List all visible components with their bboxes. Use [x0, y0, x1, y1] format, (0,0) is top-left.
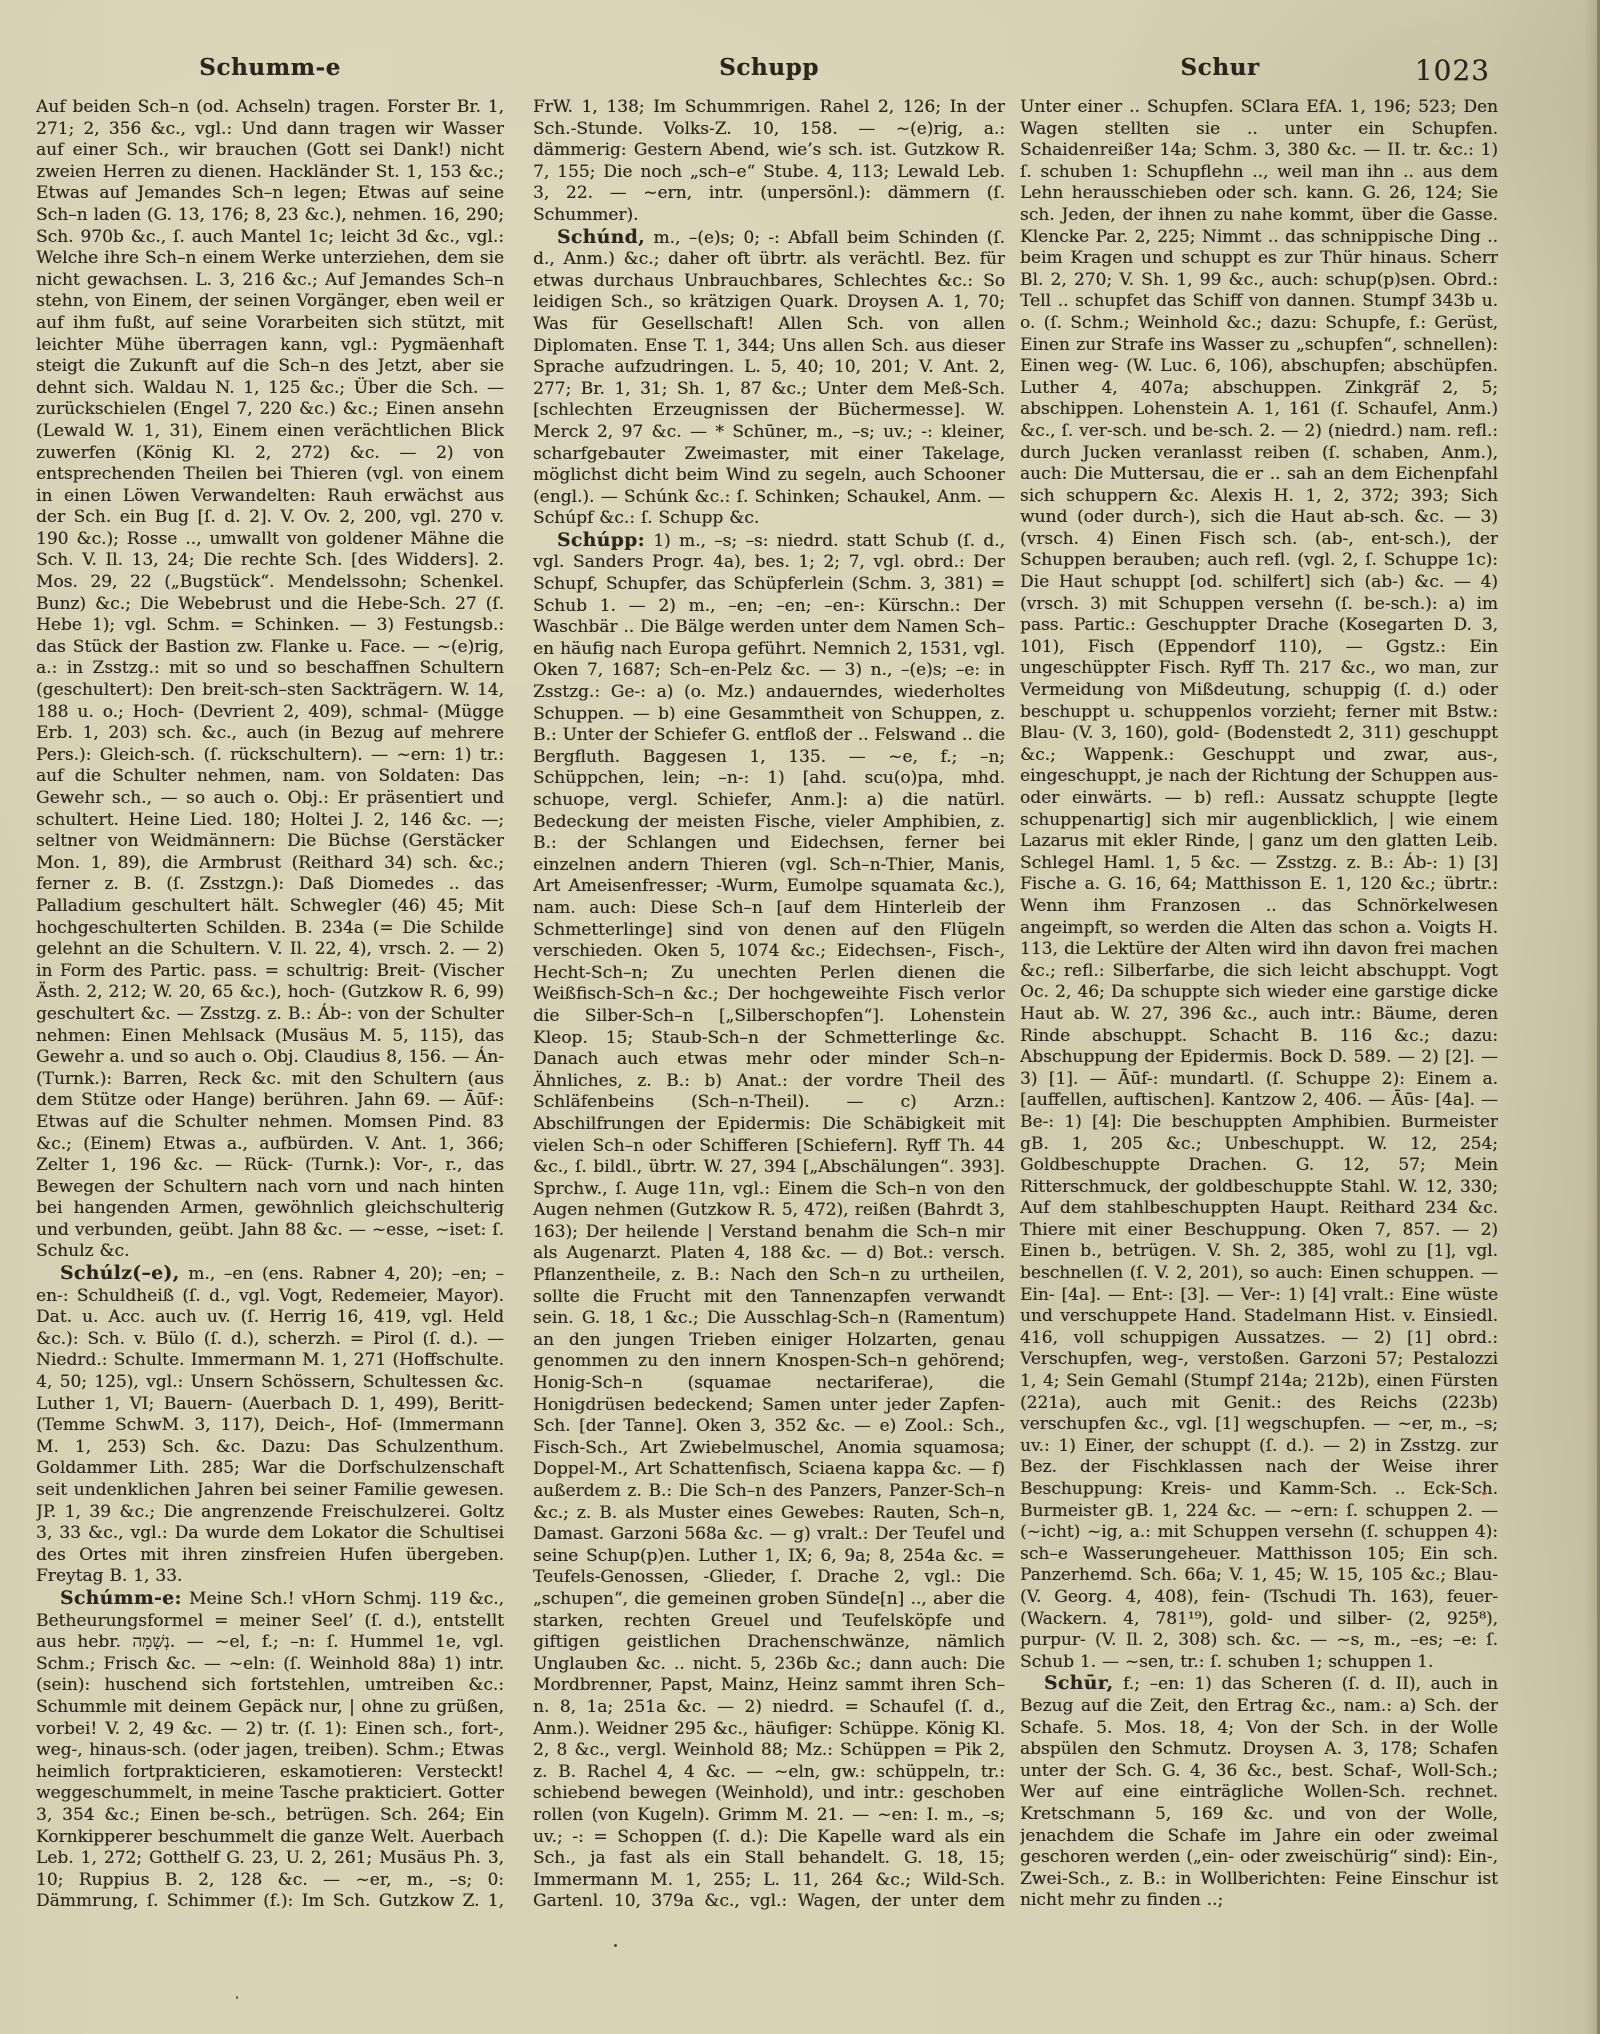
running-head-right-keyword: Schur — [1020, 54, 1420, 81]
entry-headword: Schūr, — [1044, 1672, 1113, 1694]
entry-schulz: Schúlz(–e), m., –en (ens. Rabner 4, 20);… — [36, 1263, 504, 1588]
entry-schupfen-continuation: Unter einer .. Schupfen. SClara EfA. 1, … — [1020, 96, 1498, 1673]
text-column-3: Unter einer .. Schupfen. SClara EfA. 1, … — [1020, 96, 1498, 1914]
entry-headword: Schúpp: — [557, 529, 645, 551]
entry-headword: Schúlz(–e), — [60, 1262, 180, 1284]
entry-text: m., –en (ens. Rabner 4, 20); –en; –en-: … — [36, 1264, 504, 1586]
entry-text: Meine Sch.! vHorn Schmj. 119 &c., Betheu… — [36, 1589, 504, 1914]
entry-schupp: Schúpp: 1) m., –s; –s: niedrd. statt Sch… — [533, 530, 1005, 1914]
page-number: 1023 — [1415, 54, 1490, 87]
running-head-center-keyword: Schupp — [533, 54, 1005, 81]
paper-speck — [236, 1996, 238, 1999]
entry-headword: Schúmm-e: — [60, 1587, 182, 1609]
paper-speck — [1482, 1492, 1486, 1495]
entry-schulter-continuation: Auf beiden Sch–n (od. Achseln) tragen. F… — [36, 96, 504, 1263]
entry-text: Unter einer .. Schupfen. SClara EfA. 1, … — [1020, 97, 1498, 1672]
entry-text: FrW. 1, 138; Im Schummrigen. Rahel 2, 12… — [533, 97, 1005, 225]
running-head-left-keyword: Schumm-e — [36, 54, 504, 81]
entry-schur: Schūr, f.; –en: 1) das Scheren (ſ. d. II… — [1020, 1673, 1498, 1912]
text-column-2: FrW. 1, 138; Im Schummrigen. Rahel 2, 12… — [533, 96, 1005, 1914]
entry-text: Auf beiden Sch–n (od. Achseln) tragen. F… — [36, 97, 504, 1261]
entry-headword: Schúnd, — [557, 226, 645, 248]
entry-schummer-continuation: FrW. 1, 138; Im Schummrigen. Rahel 2, 12… — [533, 96, 1005, 227]
entry-schumm-e: Schúmm-e: Meine Sch.! vHorn Schmj. 119 &… — [36, 1588, 504, 1914]
text-column-1: Auf beiden Sch–n (od. Achseln) tragen. F… — [36, 96, 504, 1914]
entry-text: 1) m., –s; –s: niedrd. statt Schub (ſ. d… — [533, 531, 1005, 1914]
entry-text: m., –(e)s; 0; -: Abfall beim Schinden (ſ… — [533, 228, 1005, 529]
paper-speck — [614, 1944, 617, 1947]
entry-schund: Schúnd, m., –(e)s; 0; -: Abfall beim Sch… — [533, 227, 1005, 530]
dictionary-page: Schumm-e Schupp Schur 1023 Auf beiden Sc… — [0, 0, 1600, 2034]
paper-speck — [1416, 206, 1419, 209]
entry-text: f.; –en: 1) das Scheren (ſ. d. II), auch… — [1020, 1674, 1498, 1910]
